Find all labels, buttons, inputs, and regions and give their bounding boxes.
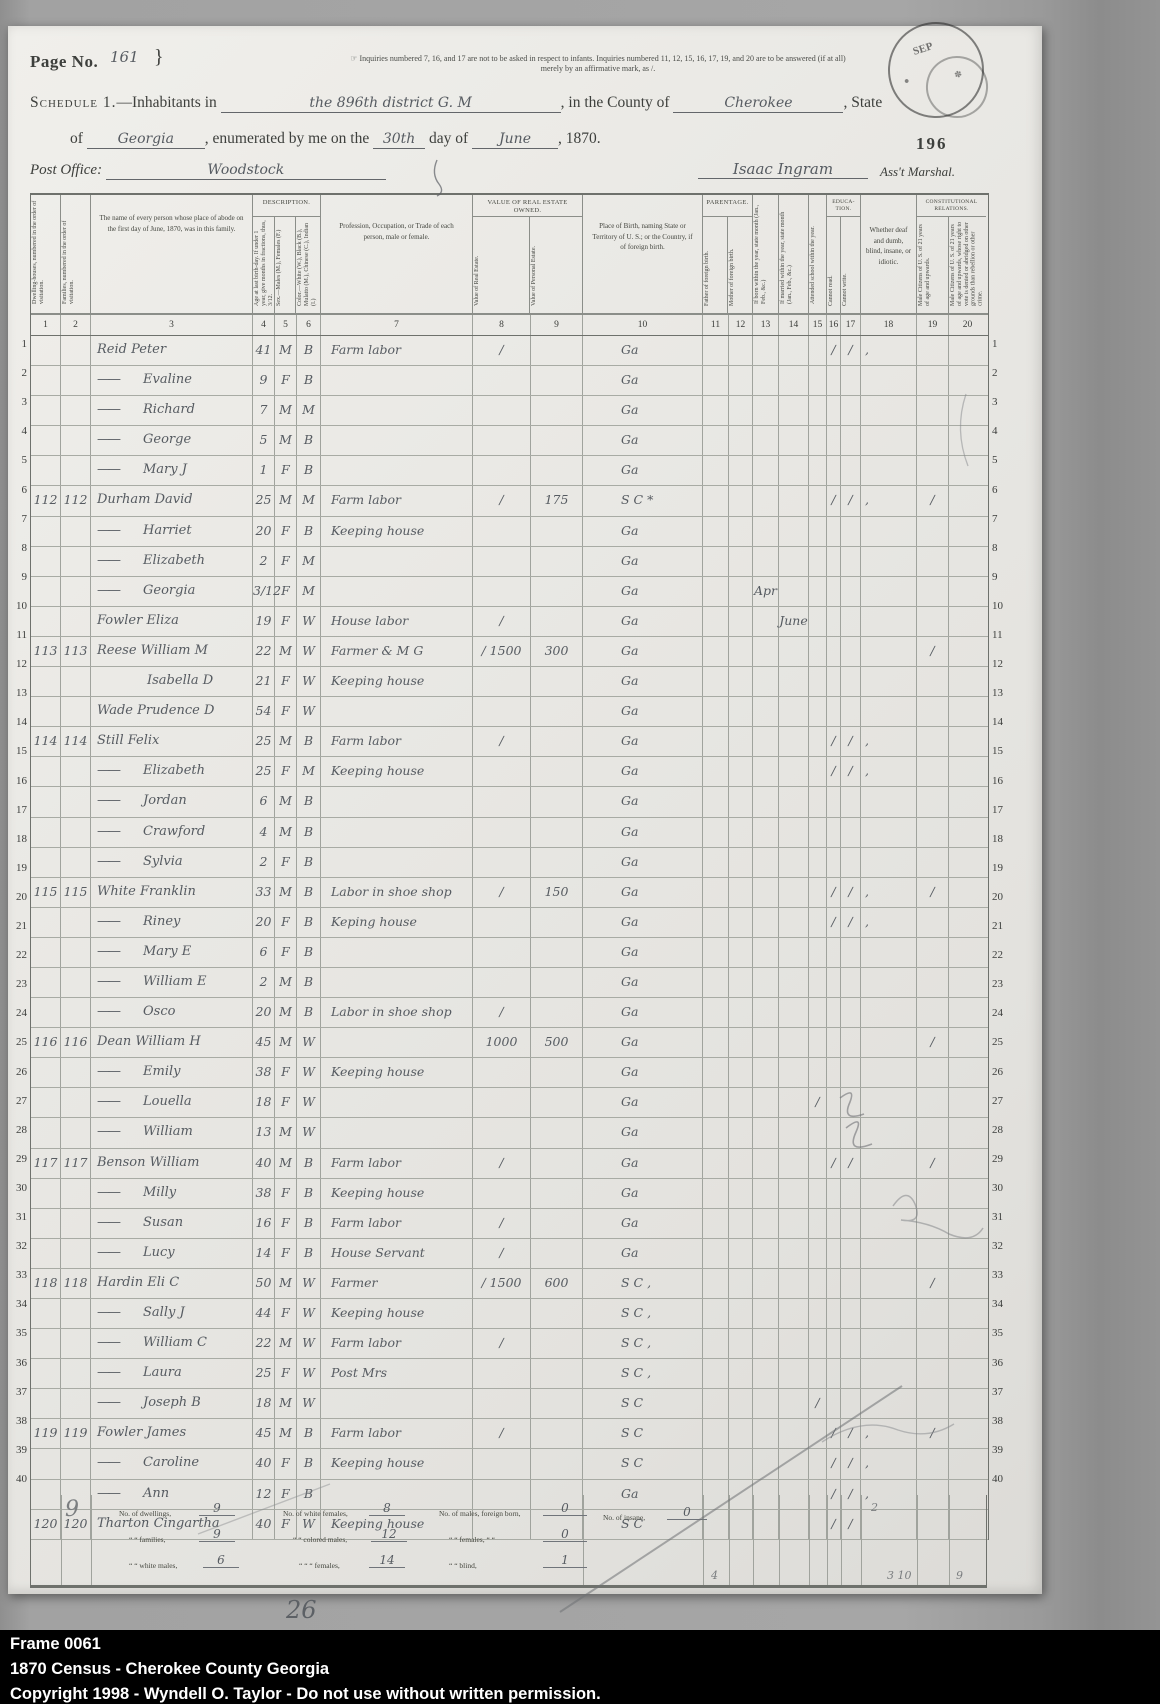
cell-w17 (841, 1028, 861, 1057)
cell-pe (531, 968, 583, 997)
cell-w17 (841, 787, 861, 816)
cell-bp: Ga (583, 426, 703, 455)
schedule-line-2: of Georgia, enumerated by me on the 30th… (70, 130, 601, 149)
cell-bp: Ga (583, 757, 703, 786)
cell-m11 (703, 1269, 729, 1298)
name-cell: ——Emily (91, 1058, 253, 1087)
cell-dw (31, 998, 61, 1027)
margin-row-number: 6 (9, 484, 27, 496)
cell-r16 (827, 1239, 841, 1268)
name-cell: Benson William (91, 1149, 253, 1178)
totals-colored-females-value: 14 (369, 1553, 405, 1568)
cell-sx: M (275, 1419, 297, 1448)
totals-insane-label: No. of insane, (603, 1513, 645, 1522)
cell-age: 22 (253, 637, 275, 666)
cell-pe (531, 1299, 583, 1328)
totals-dwellings-label: No. of dwellings, (119, 1509, 171, 1518)
cell-d18 (861, 787, 917, 816)
margin-row-number: 12 (9, 658, 27, 670)
cell-dw (31, 818, 61, 847)
col-header-deaf-dumb: Whether deaf and dumb, blind, insane, or… (861, 195, 916, 267)
cell-v20 (949, 757, 986, 786)
cell-r16 (827, 1088, 841, 1117)
cell-pe: 600 (531, 1269, 583, 1298)
cell-d18 (861, 697, 917, 726)
cell-m11 (703, 908, 729, 937)
cell-oc (321, 968, 473, 997)
cell-v19 (917, 818, 949, 847)
ditto-dash: —— (91, 1239, 143, 1268)
cell-v20 (949, 1118, 986, 1147)
person-name: Harriet (143, 517, 252, 546)
cell-v20 (949, 1419, 986, 1448)
cell-m13 (753, 1449, 779, 1478)
column-number: 3 (91, 315, 253, 335)
cell-fm (61, 818, 91, 847)
cell-age: 20 (253, 998, 275, 1027)
cell-m11 (703, 607, 729, 636)
table-row: Isabella D21FWKeeping houseGa (31, 667, 988, 697)
cell-cl: B (297, 1239, 321, 1268)
cell-v20 (949, 1149, 986, 1178)
cell-m12 (729, 697, 753, 726)
table-row: ——Elizabeth2FMGa (31, 547, 988, 577)
page-no-brace: } (154, 46, 164, 69)
marshal-name: Isaac Ingram (698, 160, 868, 179)
cell-pe (531, 998, 583, 1027)
cell-sx: M (275, 1389, 297, 1418)
cell-dw (31, 1088, 61, 1117)
cell-r16 (827, 1028, 841, 1057)
col-header-color: Color.—White (W.), Black (B.), Mulatto (… (296, 217, 319, 309)
cell-m13 (753, 456, 779, 485)
margin-row-number: 16 (992, 775, 1010, 787)
ditto-dash: —— (91, 1058, 143, 1087)
person-name: White Franklin (91, 878, 252, 907)
column-number: 8 (473, 315, 531, 335)
cell-r16 (827, 1179, 841, 1208)
cell-v19: ∕ (917, 1028, 949, 1057)
cell-m14 (779, 1299, 809, 1328)
cell-age: 41 (253, 336, 275, 365)
person-name: Benson William (91, 1149, 252, 1178)
totals-white-females-value: 8 (369, 1501, 405, 1516)
cell-m11 (703, 1329, 729, 1358)
cell-oc (321, 1389, 473, 1418)
cell-bp: Ga (583, 456, 703, 485)
cell-v19 (917, 727, 949, 756)
cell-cl: W (297, 1269, 321, 1298)
col-header-born-month: If born within the year, state month (Ja… (753, 195, 769, 307)
cell-m14: June (779, 607, 809, 636)
cell-w17 (841, 1239, 861, 1268)
cell-r16 (827, 517, 841, 546)
cell-d18 (861, 848, 917, 877)
cell-age: 2 (253, 968, 275, 997)
cell-v20 (949, 998, 986, 1027)
col-header-cannot-write: Cannot write. (841, 217, 850, 309)
cell-m14 (779, 878, 809, 907)
column-number: 1 (31, 315, 61, 335)
name-cell: ——Mary J (91, 456, 253, 485)
cell-m14 (779, 1058, 809, 1087)
cell-fm (61, 336, 91, 365)
ditto-dash: —— (91, 1359, 143, 1388)
cell-r16 (827, 396, 841, 425)
cell-s15 (809, 1449, 827, 1478)
cell-oc (321, 456, 473, 485)
cell-age: 45 (253, 1028, 275, 1057)
cell-d18 (861, 426, 917, 455)
cell-m14 (779, 998, 809, 1027)
totals-white-females-label: No. of white females, (283, 1509, 348, 1518)
cell-s15 (809, 757, 827, 786)
margin-row-number: 5 (9, 454, 27, 466)
cell-d18 (861, 456, 917, 485)
cell-m14 (779, 757, 809, 786)
cell-re: ∕ (473, 1209, 531, 1238)
cell-fm (61, 1389, 91, 1418)
cell-cl: B (297, 336, 321, 365)
cell-fm (61, 396, 91, 425)
cell-r16 (827, 547, 841, 576)
footer-copyright: Copyright 1998 - Wyndell O. Taylor - Do … (0, 1682, 1160, 1704)
margin-row-number: 31 (9, 1211, 27, 1223)
cell-m14 (779, 336, 809, 365)
cell-r16 (827, 1118, 841, 1147)
cell-v20 (949, 547, 986, 576)
cell-cl: W (297, 1088, 321, 1117)
cell-w17 (841, 968, 861, 997)
cell-w17: ∕ (841, 1419, 861, 1448)
cell-d18 (861, 366, 917, 395)
cell-w17 (841, 998, 861, 1027)
cell-m14 (779, 818, 809, 847)
cell-v20 (949, 1359, 986, 1388)
cell-cl: W (297, 1389, 321, 1418)
cell-m12 (729, 1269, 753, 1298)
name-cell: ——Riney (91, 908, 253, 937)
margin-row-number: 18 (9, 833, 27, 845)
col-header-personal-estate: Value of Personal Estate. (530, 217, 539, 309)
cell-r16 (827, 1209, 841, 1238)
cell-dw (31, 697, 61, 726)
margin-row-number: 15 (9, 745, 27, 757)
ditto-dash: —— (91, 1179, 143, 1208)
cell-dw (31, 456, 61, 485)
cell-fm (61, 787, 91, 816)
cell-s15 (809, 1118, 827, 1147)
cell-m12 (729, 998, 753, 1027)
cell-r16 (827, 697, 841, 726)
cell-age: 14 (253, 1239, 275, 1268)
table-row: ——Mary J1FBGa (31, 456, 988, 486)
cell-d18 (861, 938, 917, 967)
cell-m12 (729, 1209, 753, 1238)
cell-v19 (917, 908, 949, 937)
table-row: 119119Fowler James45MBFarm labor∕S C∕∕,∕ (31, 1419, 988, 1449)
column-number: 12 (729, 315, 753, 335)
cell-r16: ∕ (827, 1449, 841, 1478)
name-cell: ——Susan (91, 1209, 253, 1238)
table-row: ——Emily38FWKeeping houseGa (31, 1058, 988, 1088)
cell-cl: M (297, 577, 321, 606)
cell-s15 (809, 908, 827, 937)
footer-credit-bar: Frame 0061 1870 Census - Cherokee County… (0, 1630, 1160, 1704)
col-header-attended-school: Attended school within the year. (809, 195, 818, 307)
cell-sx: M (275, 1118, 297, 1147)
cell-pe (531, 396, 583, 425)
table-row: 114114Still Felix25MBFarm labor∕Ga∕∕, (31, 727, 988, 757)
margin-row-number: 22 (9, 949, 27, 961)
cell-fm (61, 1449, 91, 1478)
margin-row-number: 14 (992, 716, 1010, 728)
cell-d18 (861, 577, 917, 606)
cell-re (473, 1058, 531, 1087)
cell-cl: W (297, 637, 321, 666)
census-table: Dwelling-houses, numbered in the order o… (30, 193, 989, 1540)
totals-left-flourish: 9 (65, 1497, 79, 1522)
pencil-mark-2: 2 (871, 1501, 878, 1514)
cell-w17 (841, 396, 861, 425)
column-number: 4 (253, 315, 275, 335)
margin-row-number: 31 (992, 1211, 1010, 1223)
cell-sx: M (275, 968, 297, 997)
cell-pe: 175 (531, 486, 583, 515)
cell-dw (31, 1209, 61, 1238)
column-number: 11 (703, 315, 729, 335)
cell-s15 (809, 1149, 827, 1178)
name-cell: ——Elizabeth (91, 757, 253, 786)
group-header-value: Value of Real Estate owned. (473, 195, 582, 217)
cell-fm (61, 697, 91, 726)
margin-row-number: 28 (9, 1124, 27, 1136)
cell-m14 (779, 517, 809, 546)
cell-m12 (729, 1299, 753, 1328)
person-name: Joseph B (143, 1389, 252, 1418)
name-cell: Hardin Eli C (91, 1269, 253, 1298)
cell-m12 (729, 396, 753, 425)
group-header-parentage: Parentage. (703, 195, 752, 217)
cell-m14 (779, 486, 809, 515)
margin-row-number: 40 (992, 1473, 1010, 1485)
cell-w17 (841, 1118, 861, 1147)
col-header-families: Families, numbered in the order of visit… (61, 195, 77, 307)
cell-v19 (917, 1389, 949, 1418)
cell-m12 (729, 1239, 753, 1268)
cell-fm (61, 366, 91, 395)
cell-d18 (861, 1058, 917, 1087)
cell-age: 9 (253, 366, 275, 395)
cell-cl: B (297, 848, 321, 877)
cell-cl: B (297, 456, 321, 485)
cell-w17 (841, 1179, 861, 1208)
cell-m14 (779, 968, 809, 997)
cell-m11 (703, 1419, 729, 1448)
cell-m11 (703, 396, 729, 425)
cell-sx: F (275, 1179, 297, 1208)
cell-d18 (861, 1239, 917, 1268)
cell-sx: F (275, 517, 297, 546)
cell-pe (531, 697, 583, 726)
cell-v20 (949, 968, 986, 997)
margin-row-number: 32 (9, 1240, 27, 1252)
cell-r16 (827, 1359, 841, 1388)
cell-dw (31, 517, 61, 546)
cell-age: 44 (253, 1299, 275, 1328)
margin-row-number: 30 (9, 1182, 27, 1194)
cell-bp: Ga (583, 1058, 703, 1087)
cell-m13 (753, 547, 779, 576)
cell-m14 (779, 1269, 809, 1298)
cell-m11 (703, 878, 729, 907)
cell-w17 (841, 1389, 861, 1418)
county-value: Cherokee (724, 95, 792, 111)
cell-r16 (827, 456, 841, 485)
person-name: Reid Peter (91, 336, 252, 365)
cell-m12 (729, 547, 753, 576)
person-name: Elizabeth (143, 547, 252, 576)
cell-pe (531, 426, 583, 455)
table-row: Fowler Eliza19FWHouse labor∕GaJune (31, 607, 988, 637)
cell-re (473, 818, 531, 847)
cell-v19 (917, 1239, 949, 1268)
ditto-dash: —— (91, 968, 143, 997)
table-row: ——Sylvia2FBGa (31, 848, 988, 878)
column-number: 7 (321, 315, 473, 335)
cell-m13 (753, 426, 779, 455)
cell-age: 7 (253, 396, 275, 425)
cell-sx: M (275, 787, 297, 816)
cell-m14 (779, 547, 809, 576)
col-header-father-foreign: Father of foreign birth. (703, 217, 712, 309)
margin-row-number: 2 (9, 367, 27, 379)
margin-row-number: 11 (9, 629, 27, 641)
cell-m13 (753, 637, 779, 666)
cell-m11 (703, 1359, 729, 1388)
cell-fm: 119 (61, 1419, 91, 1448)
cell-r16 (827, 1058, 841, 1087)
table-row: ——Louella18FWGa∕ (31, 1088, 988, 1118)
name-cell: ——Laura (91, 1359, 253, 1388)
cell-age: 2 (253, 848, 275, 877)
cell-w17 (841, 1269, 861, 1298)
person-name: Milly (143, 1179, 252, 1208)
table-row: 113113Reese William M22MWFarmer & M G∕ 1… (31, 637, 988, 667)
cell-d18 (861, 1149, 917, 1178)
totals-families-label: “ “ families, (129, 1535, 165, 1544)
ditto-dash: —— (91, 1118, 143, 1147)
cell-m11 (703, 426, 729, 455)
cell-m11 (703, 547, 729, 576)
margin-row-number: 1 (992, 338, 1010, 350)
ditto-dash: —— (91, 1449, 143, 1478)
name-cell: Fowler Eliza (91, 607, 253, 636)
cell-re (473, 517, 531, 546)
cell-dw (31, 1449, 61, 1478)
margin-row-number: 18 (992, 833, 1010, 845)
day-value: 30th (383, 131, 415, 147)
cell-bp: Ga (583, 908, 703, 937)
name-cell: Still Felix (91, 727, 253, 756)
cell-re (473, 547, 531, 576)
person-name: Louella (143, 1088, 252, 1117)
cell-r16 (827, 968, 841, 997)
cell-m12 (729, 336, 753, 365)
cell-v20 (949, 697, 986, 726)
cell-v19 (917, 1088, 949, 1117)
cell-sx: F (275, 1058, 297, 1087)
table-row: ——Lucy14FBHouse Servant∕Ga (31, 1239, 988, 1269)
cell-fm (61, 938, 91, 967)
column-number: 18 (861, 315, 917, 335)
cell-re (473, 908, 531, 937)
cell-m12 (729, 878, 753, 907)
post-office-label: Post Office: (30, 162, 102, 178)
cell-r16 (827, 366, 841, 395)
cell-re: ∕ 1500 (473, 637, 531, 666)
table-row: 118118Hardin Eli C50MWFarmer∕ 1500600S C… (31, 1269, 988, 1299)
cell-r16 (827, 848, 841, 877)
cell-v19 (917, 787, 949, 816)
cell-pe (531, 1329, 583, 1358)
column-number: 17 (841, 315, 861, 335)
table-row: ——William E2MBGa (31, 968, 988, 998)
cell-r16 (827, 818, 841, 847)
cell-s15 (809, 396, 827, 425)
cell-r16 (827, 667, 841, 696)
cell-s15 (809, 848, 827, 877)
cell-m14 (779, 366, 809, 395)
cell-pe (531, 1088, 583, 1117)
cell-re: ∕ (473, 1149, 531, 1178)
name-cell: ——Joseph B (91, 1389, 253, 1418)
person-name: Sally J (143, 1299, 252, 1328)
cell-oc (321, 366, 473, 395)
cell-d18: , (861, 486, 917, 515)
table-row: ——Elizabeth25FMKeeping houseGa∕∕, (31, 757, 988, 787)
cell-dw (31, 908, 61, 937)
cell-fm: 116 (61, 1028, 91, 1057)
margin-row-number: 24 (9, 1007, 27, 1019)
cell-sx: F (275, 697, 297, 726)
cell-oc (321, 787, 473, 816)
ditto-dash: —— (91, 517, 143, 546)
cell-m11 (703, 848, 729, 877)
cell-d18 (861, 1359, 917, 1388)
cell-cl: B (297, 1209, 321, 1238)
cell-w17 (841, 1359, 861, 1388)
cell-w17 (841, 1209, 861, 1238)
margin-row-number: 34 (9, 1298, 27, 1310)
cell-v20 (949, 637, 986, 666)
totals-females-foreign-label: “ “ females, “ “ (449, 1535, 495, 1544)
cell-w17 (841, 547, 861, 576)
cell-m12 (729, 1179, 753, 1208)
margin-row-number: 36 (992, 1357, 1010, 1369)
cell-s15 (809, 486, 827, 515)
district-value: the 896th district G. M (309, 95, 471, 111)
cell-re (473, 366, 531, 395)
cell-w17: ∕ (841, 757, 861, 786)
cell-s15 (809, 607, 827, 636)
cell-v20 (949, 1088, 986, 1117)
table-row: 116116Dean William H45MW1000500Ga∕ (31, 1028, 988, 1058)
cell-m14 (779, 908, 809, 937)
margin-row-number: 4 (992, 425, 1010, 437)
cell-m12 (729, 1359, 753, 1388)
cell-w17: ∕ (841, 908, 861, 937)
